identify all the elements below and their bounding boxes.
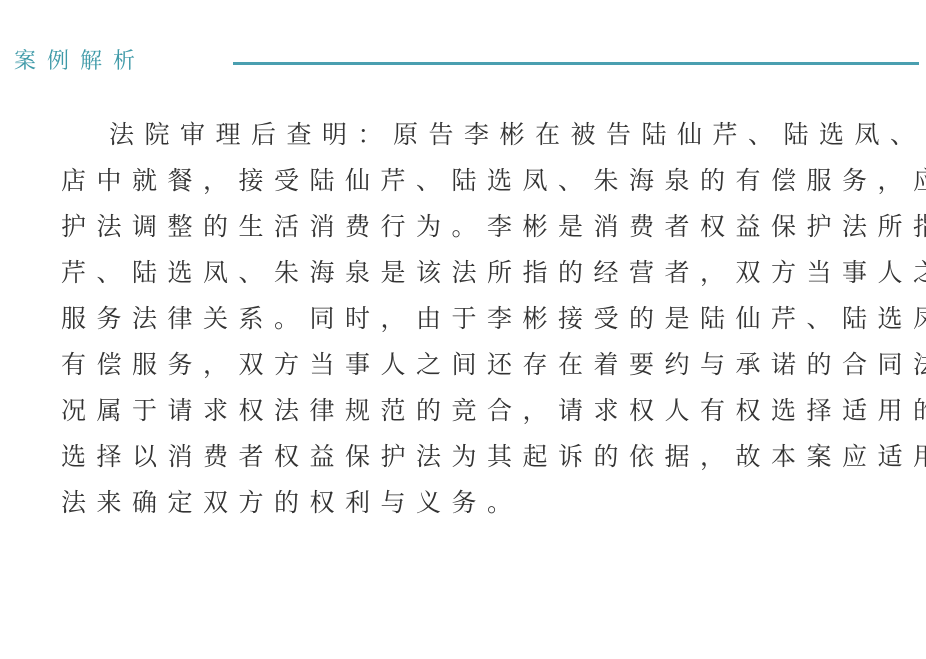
paragraph-line: 店中就餐，接受陆仙芹、陆选凤、朱海泉的有偿服务，应属消费者权益保 bbox=[61, 158, 891, 204]
paragraph-line: 护法调整的生活消费行为。李彬是消费者权益保护法所指的消费者，陆仙 bbox=[61, 204, 891, 250]
title-divider bbox=[233, 62, 919, 65]
article-paragraph: 法院审理后查明：原告李彬在被告陆仙芹、陆选凤、朱海泉经营的饭 店中就餐，接受陆仙… bbox=[61, 112, 891, 526]
paragraph-line: 况属于请求权法律规范的竞合，请求权人有权选择适用的法律规范。李彬 bbox=[61, 388, 891, 434]
paragraph-line: 有偿服务，双方当事人之间还存在着要约与承诺的合同法律关系。这种情 bbox=[61, 342, 891, 388]
section-title: 案例解析 bbox=[14, 48, 146, 76]
paragraph-line: 服务法律关系。同时，由于李彬接受的是陆仙芹、陆选凤、朱海泉提供的 bbox=[61, 296, 891, 342]
paragraph-line: 选择以消费者权益保护法为其起诉的依据，故本案应适用消费者权益保护 bbox=[61, 434, 891, 480]
paragraph-line: 法院审理后查明：原告李彬在被告陆仙芹、陆选凤、朱海泉经营的饭 bbox=[61, 112, 891, 158]
paragraph-line: 芹、陆选凤、朱海泉是该法所指的经营者，双方当事人之间存在的是消费 bbox=[61, 250, 891, 296]
section-header: 案例解析 bbox=[0, 0, 926, 100]
paragraph-line: 法来确定双方的权利与义务。 bbox=[61, 480, 891, 526]
